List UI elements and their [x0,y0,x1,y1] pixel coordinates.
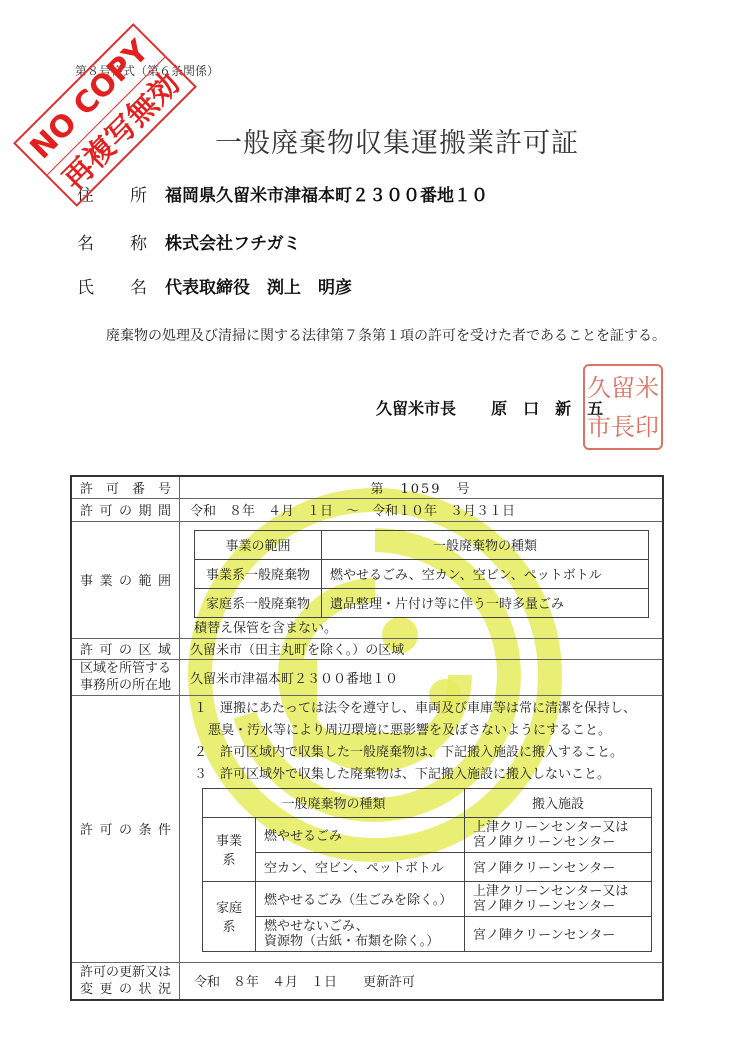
waste-type-line: 資源物（古紙・布類を除く。） [264,934,456,949]
conditions-label: 許可の条件 [71,695,180,962]
period-value: 令和 ８年 ４月 １日 ～ 令和１０年 ３月３１日 [180,498,664,521]
facility-header-facility: 搬入施設 [465,788,652,817]
row-scope: 事業の範囲 事業の範囲 一般廃棄物の種類 事業系一般廃棄物 燃やせるごみ、空カン… [71,521,663,638]
address-value: 福岡県久留米市津福本町２３００番地１０ [165,181,488,206]
renewal-label-line2: 変 更 の 状 況 [80,981,171,998]
official-seal: 久 留 米 市 長 印 [583,364,663,450]
facility-group: 家庭系 [203,881,256,951]
facility-line: 上津クリーンセンター又は [473,884,643,899]
scope-inner-table: 事業の範囲 一般廃棄物の種類 事業系一般廃棄物 燃やせるごみ、空カン、空ビン、ペ… [194,530,649,618]
renewal-label: 許可の更新又は 変 更 の 状 況 [71,962,180,1000]
representative-label-a: 氏 [77,273,94,298]
office-value: 久留米市津福本町２３００番地１０ [180,659,664,695]
condition-item: １ 運搬にあたっては法令を遵守し、車両及び車庫等は常に清潔を保持し、 [194,698,652,720]
seal-char: 印 [635,415,659,439]
renewal-label-line1: 許可の更新又は [80,964,171,981]
address-label-b: 所 [130,181,147,206]
area-value: 久留米市（田主丸町を除く。）の区域 [180,638,664,659]
scope-types: 遺品整理・片付け等に伴う一時多量ごみ [322,588,649,617]
row-period: 許可の期間 令和 ８年 ４月 １日 ～ 令和１０年 ３月３１日 [71,498,663,521]
area-label: 許可の区域 [71,638,180,659]
seal-char: 久 [587,376,611,400]
facility-waste-type: 燃やせるごみ [256,817,465,852]
scope-header-category: 事業の範囲 [195,530,322,559]
facility-line: 宮ノ陣クリーンセンター [473,835,643,850]
facility-header-type: 一般廃棄物の種類 [203,788,465,817]
period-label: 許可の期間 [71,498,180,521]
no-copy-stamp: NO COPY 再複写無効 [13,23,197,207]
scope-category: 家庭系一般廃棄物 [195,588,322,617]
seal-char: 留 [611,376,635,400]
condition-item: ２ 許可区域内で収集した一般廃棄物は、下記搬入施設に搬入すること。 [194,742,652,764]
facility-line: 宮ノ陣クリーンセンター [473,899,643,914]
scope-types: 燃やせるごみ、空カン、空ビン、ペットボトル [322,559,649,588]
document-title: 一般廃棄物収集運搬業許可証 [215,121,579,160]
company-name: 株式会社フチガミ [165,229,301,254]
representative-label-b: 名 [130,273,147,298]
facility-name: 宮ノ陣クリーンセンター [465,852,652,881]
issuer: 久留米市長 原 口 新 五 [376,396,603,419]
facility-name: 宮ノ陣クリーンセンター [465,916,652,951]
row-permit-number: 許可番号 第 1059 号 [71,476,663,498]
permit-number-value: 第 1059 号 [180,476,664,498]
facility-name: 上津クリーンセンター又は 宮ノ陣クリーンセンター [465,881,652,916]
name-label-a: 名 [77,229,94,254]
name-label-b: 称 [130,229,147,254]
facility-name: 上津クリーンセンター又は 宮ノ陣クリーンセンター [465,817,652,852]
scope-note: 積替え保管を含まない。 [194,620,652,638]
seal-char: 長 [611,415,635,439]
issuer-title: 久留米市長 [376,399,456,418]
office-label-line1: 区域を所管する [80,660,171,677]
row-area: 許可の区域 久留米市（田主丸町を除く。）の区域 [71,638,663,659]
office-label-line2: 事務所の所在地 [80,677,171,694]
office-label: 区域を所管する 事務所の所在地 [71,659,180,695]
row-office: 区域を所管する 事務所の所在地 久留米市津福本町２３００番地１０ [71,659,663,695]
seal-char: 市 [587,415,611,439]
facility-waste-type: 空カン、空ビン、ペットボトル [256,852,465,881]
facility-waste-type: 燃やせるごみ（生ごみを除く。） [256,881,465,916]
facility-line: 上津クリーンセンター又は [473,820,643,835]
renewal-value: 令和 ８年 ４月 １日 更新許可 [180,962,664,1000]
waste-type-line: 燃やせないごみ、 [264,919,456,934]
scope-header-types: 一般廃棄物の種類 [322,530,649,559]
permit-number-label: 許可番号 [71,476,180,498]
permit-table: 許可番号 第 1059 号 許可の期間 令和 ８年 ４月 １日 ～ 令和１０年 … [70,475,664,1001]
facility-waste-type: 燃やせないごみ、 資源物（古紙・布類を除く。） [256,916,465,951]
row-renewal: 許可の更新又は 変 更 の 状 況 令和 ８年 ４月 １日 更新許可 [71,962,663,1000]
scope-category: 事業系一般廃棄物 [195,559,322,588]
scope-label: 事業の範囲 [71,521,180,638]
facility-group: 事業系 [203,817,256,881]
row-conditions: 許可の条件 １ 運搬にあたっては法令を遵守し、車両及び車庫等は常に清潔を保持し、… [71,695,663,962]
seal-char: 米 [635,376,659,400]
condition-item: 悪臭・汚水等により周辺環境に悪影響を及ぼさないようにすること。 [194,720,652,742]
facility-table: 一般廃棄物の種類 搬入施設 事業系 燃やせるごみ 上津クリーンセンター又は 宮ノ… [202,788,652,952]
condition-item: ３ 許可区域外で収集した廃棄物は、下記搬入施設に搬入しないこと。 [194,764,652,786]
representative-value: 代表取締役 渕上 明彦 [165,273,352,298]
certification-statement: 廃棄物の処理及び清掃に関する法律第７条第１項の許可を受けた者であることを証する。 [106,325,666,345]
